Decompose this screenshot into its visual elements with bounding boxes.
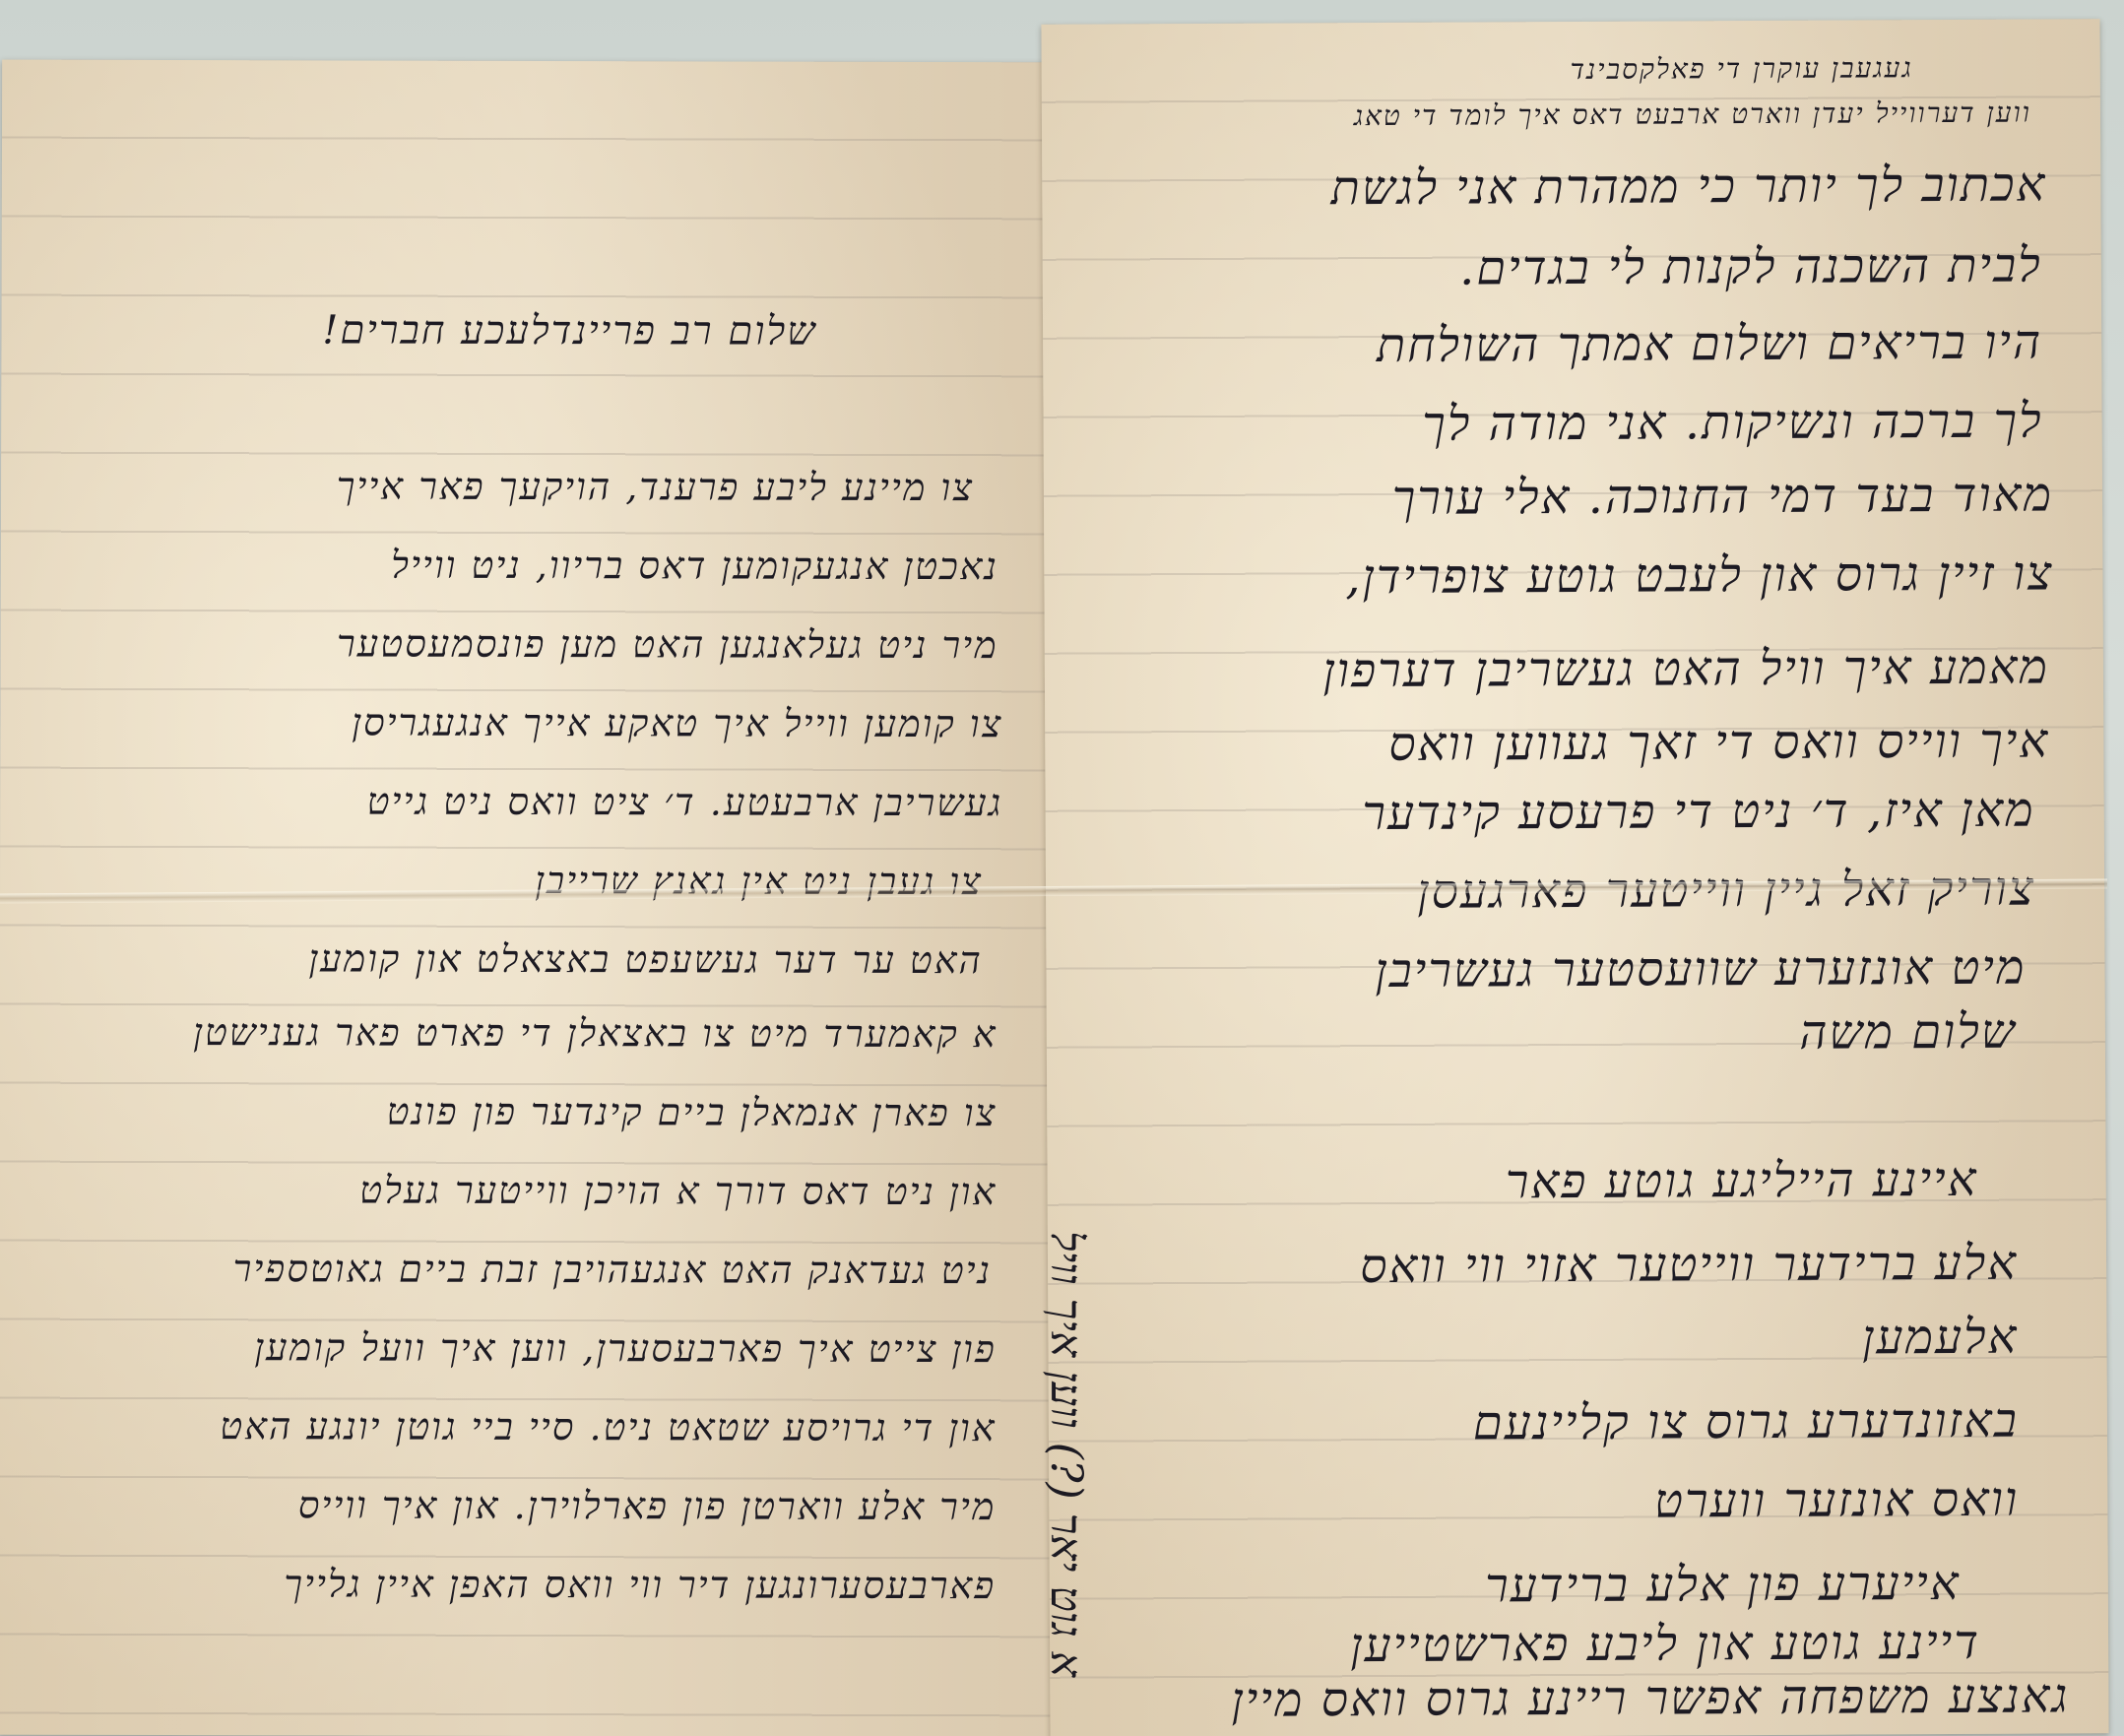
letter-line: שלום משה (1799, 1004, 2017, 1061)
letter-line: מיר אלע ווארטן פון פארלוירן. און איך ווי… (298, 1483, 997, 1529)
letter-line: וואס אונזער ווערט (1654, 1472, 2020, 1529)
letter-line: מיט אונזערע שוועסטער געשריבן (1375, 940, 2026, 998)
letter-line: פון צייט איך פארבעסערן, ווען איך וועל קו… (254, 1325, 997, 1372)
letter-line: אייערע פון אלע ברידער (1485, 1556, 1961, 1614)
letter-line: און ניט דאס דורך א הויכן ווייטער געלט (359, 1169, 997, 1215)
margin-vertical-note: א גוט יאר (?) ווען איך וויל (1041, 1231, 1091, 1677)
letter-line: ניט געדאנק האט אנגעהויבן זבת ביים גאוטספ… (233, 1247, 992, 1293)
salutation: שלום רב פריינדלעכע חברים! (322, 306, 816, 354)
letter-line: מיר ניט געלאנגען האט מען פונסמעסטער (337, 621, 998, 668)
letter-line: אכתוב לך יותר כי ממהרת אני לגשת (1330, 157, 2046, 216)
letter-line: צו קומען ווייל איך טאקע אייך אנגעגריסן (352, 701, 1002, 747)
letter-line: לבית השכנה לקנות לי בגדים. (1459, 238, 2042, 296)
top-note-line: געגעבן עוקרן די פאלקסבינד (1571, 51, 1913, 87)
letter-line: פארבעסערונגען דיר ווי וואס האפן איין גלי… (284, 1562, 996, 1608)
top-note-line: ווען דערווייל יעדן ווארט ארבעט דאס איך ל… (1354, 96, 2031, 134)
letter-line: אלעמען (1862, 1310, 2019, 1366)
letter-line: מאוד בעד דמי החנוכה. אלי עורך (1392, 467, 2053, 526)
letter-line: מאמע איך וויל האט געשריבן דערפון (1322, 639, 2049, 698)
letter-line: צו מיינע ליבע פרענד, הויקעך פאר אייך (337, 464, 974, 510)
letter-line: צו זיין גרוס און לעבט גוטע צופרידן, (1345, 546, 2053, 605)
letter-line: געשריבן ארבעטע. ד׳ ציט וואס ניט גייט (367, 780, 1003, 826)
letter-line: צו פארן אנמאלן ביים קינדער פון פונט (387, 1090, 998, 1136)
right-page: געגעבן עוקרן די פאלקסבינד ווען דערווייל … (1041, 19, 2108, 1736)
letter-line: איך ווייס וואס די זאך געווען וואס (1388, 713, 2049, 772)
letter-line: לך ברכה ונשיקות. אני מודה לך (1422, 394, 2043, 452)
letter-line: דיינע גוטע און ליבע פארשטייען (1350, 1615, 1980, 1673)
letter-line: מאן איז, ד׳ ניט די פרעסע קינדער (1362, 783, 2035, 842)
letter-line: נאכטן אנגעקומען דאס בריוו, ניט ווייל (391, 544, 998, 590)
letter-line: אלע ברידער ווייטער אזוי ווי וואס (1360, 1236, 2018, 1294)
letter-line: א קאמערד מיט צו באצאלן די פארט פאר געניש… (193, 1010, 998, 1057)
letter-line: באזונדערע גרוס צו קליינעם (1473, 1393, 2019, 1451)
letter-line: היו בריאים ושלום אמתך השולחת (1377, 315, 2043, 374)
letter-line: האט ער דער געשעפט באצאלט און קומען (308, 936, 982, 983)
letter-line: איינע הייליגע גוטע פאר (1506, 1152, 1978, 1210)
letter-line: גאנצע משפחה אפשר ריינע גרוס וואס מיין (1231, 1668, 2069, 1727)
letter-line: און די גרויסע שטאט ניט. סיי ביי גוטן יונ… (220, 1404, 996, 1450)
